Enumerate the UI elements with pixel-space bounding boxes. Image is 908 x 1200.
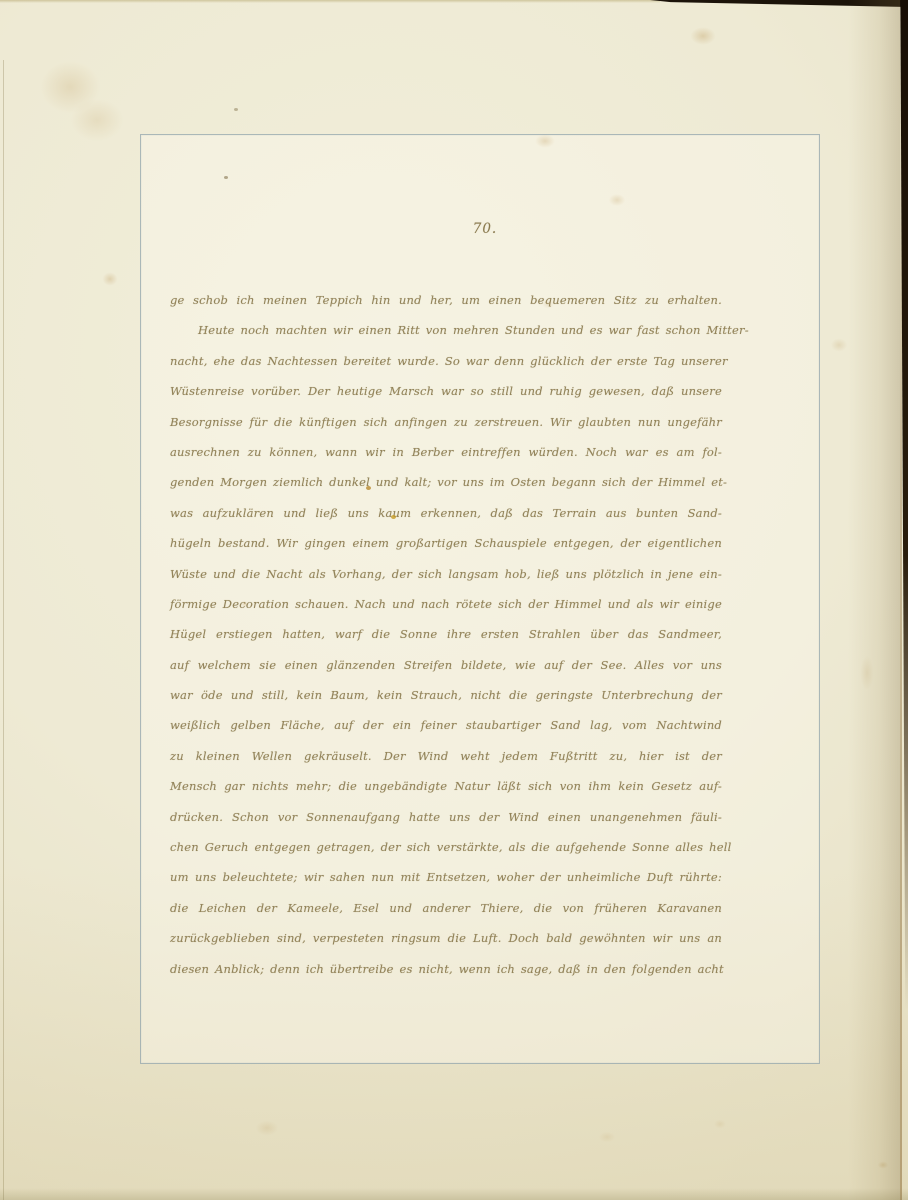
foxing-stain	[62, 92, 132, 148]
page-fold-line	[3, 60, 4, 1200]
manuscript-line: zurückgeblieben sind, verpesteten ringsu…	[170, 923, 722, 953]
manuscript-line: ausrechnen zu können, wann wir in Berber…	[170, 437, 722, 467]
manuscript-line: weißlich gelben Fläche, auf der ein fein…	[170, 710, 722, 740]
manuscript-line: war öde und still, kein Baum, kein Strau…	[170, 680, 722, 710]
manuscript-line: Hügel erstiegen hatten, warf die Sonne i…	[170, 619, 722, 649]
manuscript-line: diesen Anblick; denn ich übertreibe es n…	[170, 954, 722, 984]
foxing-stain	[100, 270, 120, 288]
ink-speck	[224, 176, 228, 179]
foxing-stain	[686, 24, 720, 48]
manuscript-line: hügeln bestand. Wir gingen einem großart…	[170, 528, 722, 558]
manuscript-line: was aufzuklären und ließ uns kaum erkenn…	[170, 498, 722, 528]
ink-speck	[234, 108, 238, 111]
foxing-stain	[712, 1118, 728, 1130]
manuscript-line: Mensch gar nichts mehr; die ungebändigte…	[170, 771, 722, 801]
manuscript-line: chen Geruch entgegen getragen, der sich …	[170, 832, 722, 862]
foxing-stain	[606, 192, 628, 208]
manuscript-line: nacht, ehe das Nachtessen bereitet wurde…	[170, 346, 722, 376]
page-curl-shading	[848, 0, 900, 1200]
manuscript-line: Wüste und die Nacht als Vorhang, der sic…	[170, 559, 722, 589]
manuscript-line: ge schob ich meinen Teppich hin und her,…	[170, 285, 722, 315]
foxing-stain	[240, 600, 249, 608]
foxing-stain	[532, 132, 558, 150]
page-edge-top	[0, 0, 660, 3]
manuscript-page: 70. ge schob ich meinen Teppich hin und …	[0, 0, 908, 1200]
ink-blot	[366, 486, 371, 490]
page-number: 70.	[140, 221, 830, 237]
manuscript-line: förmige Decoration schauen. Nach und nac…	[170, 589, 722, 619]
foxing-stain	[540, 298, 556, 310]
manuscript-line: drücken. Schon vor Sonnenaufgang hatte u…	[170, 802, 722, 832]
manuscript-line: Besorgnisse für die künftigen sich anfin…	[170, 407, 722, 437]
foxing-stain	[252, 1118, 282, 1138]
manuscript-text: ge schob ich meinen Teppich hin und her,…	[170, 285, 722, 984]
foxing-stain	[828, 336, 850, 354]
manuscript-line: auf welchem sie einen glänzenden Streife…	[170, 650, 722, 680]
manuscript-line: zu kleinen Wellen gekräuselt. Der Wind w…	[170, 741, 722, 771]
manuscript-line: Wüstenreise vorüber. Der heutige Marsch …	[170, 376, 722, 406]
manuscript-line: um uns beleuchtete; wir sahen nun mit En…	[170, 862, 722, 892]
foxing-stain	[596, 1130, 618, 1144]
manuscript-line: Heute noch machten wir einen Ritt von me…	[170, 315, 722, 345]
manuscript-line: die Leichen der Kameele, Esel und andere…	[170, 893, 722, 923]
ink-blot	[391, 515, 396, 519]
page-edge-bottom	[0, 1188, 908, 1200]
manuscript-line: genden Morgen ziemlich dunkel und kalt; …	[170, 467, 722, 497]
